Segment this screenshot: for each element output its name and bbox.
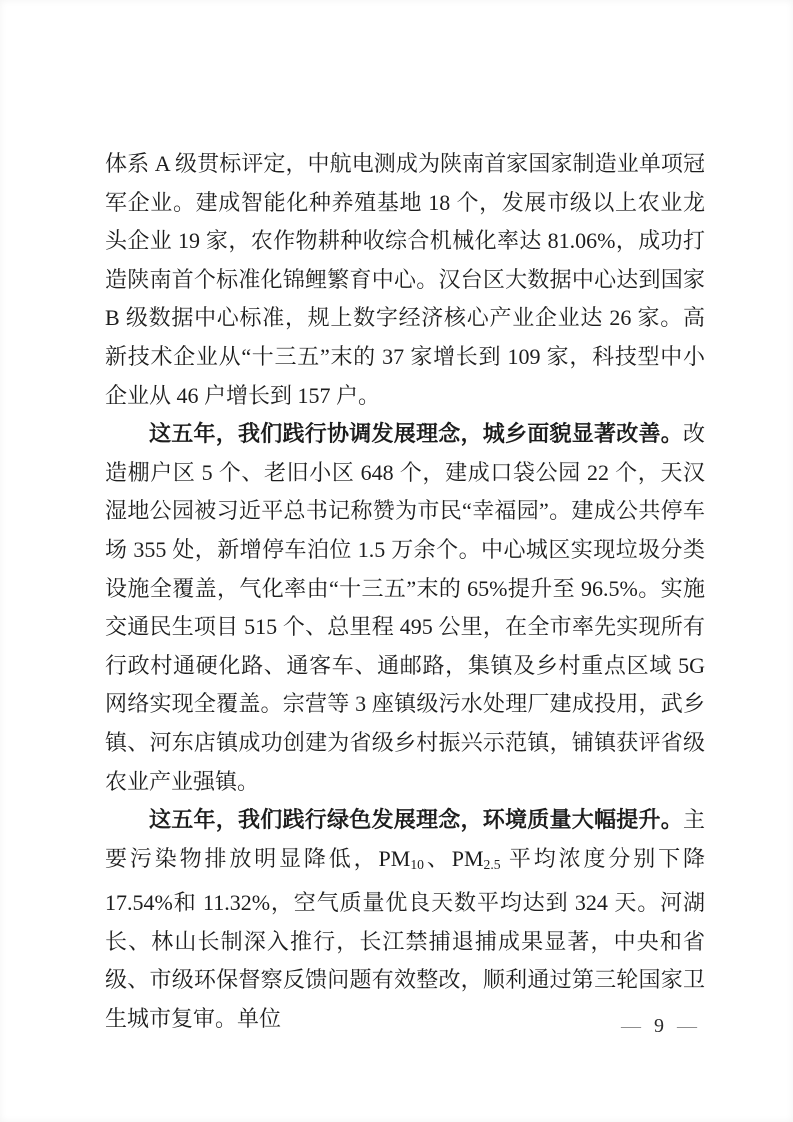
subscript-text: 2.5 [484,857,501,872]
document-page: 体系 A 级贯标评定，中航电测成为陕南首家国家制造业单项冠军企业。建成智能化种养… [0,0,793,1122]
subscript-text: 10 [410,857,424,872]
paragraph-lead-bold: 这五年，我们践行绿色发展理念，环境质量大幅提升。 [149,807,683,832]
footer-dash-left: — [621,1013,641,1039]
text-segment: 改造棚户区 5 个、老旧小区 648 个，建成口袋公园 22 个，天汉湿地公园被… [105,421,705,793]
paragraph: 这五年，我们践行绿色发展理念，环境质量大幅提升。主要污染物排放明显降低，PM10… [105,801,705,1039]
page-number: 9 [654,1013,664,1039]
text-segment: 平均浓度分别下降 17.54%和 11.32%，空气质量优良天数平均达到 324… [105,846,705,1031]
page-footer: — 9 — [621,1013,697,1039]
text-segment: 、PM [424,846,484,871]
text-segment: 体系 A 级贯标评定，中航电测成为陕南首家国家制造业单项冠军企业。建成智能化种养… [105,151,705,408]
paragraph-lead-bold: 这五年，我们践行协调发展理念，城乡面貌显著改善。 [149,421,683,446]
paragraph: 体系 A 级贯标评定，中航电测成为陕南首家国家制造业单项冠军企业。建成智能化种养… [105,145,705,415]
footer-dash-right: — [677,1013,697,1039]
paragraph: 这五年，我们践行协调发展理念，城乡面貌显著改善。改造棚户区 5 个、老旧小区 6… [105,415,705,801]
document-body: 体系 A 级贯标评定，中航电测成为陕南首家国家制造业单项冠军企业。建成智能化种养… [105,145,705,1039]
